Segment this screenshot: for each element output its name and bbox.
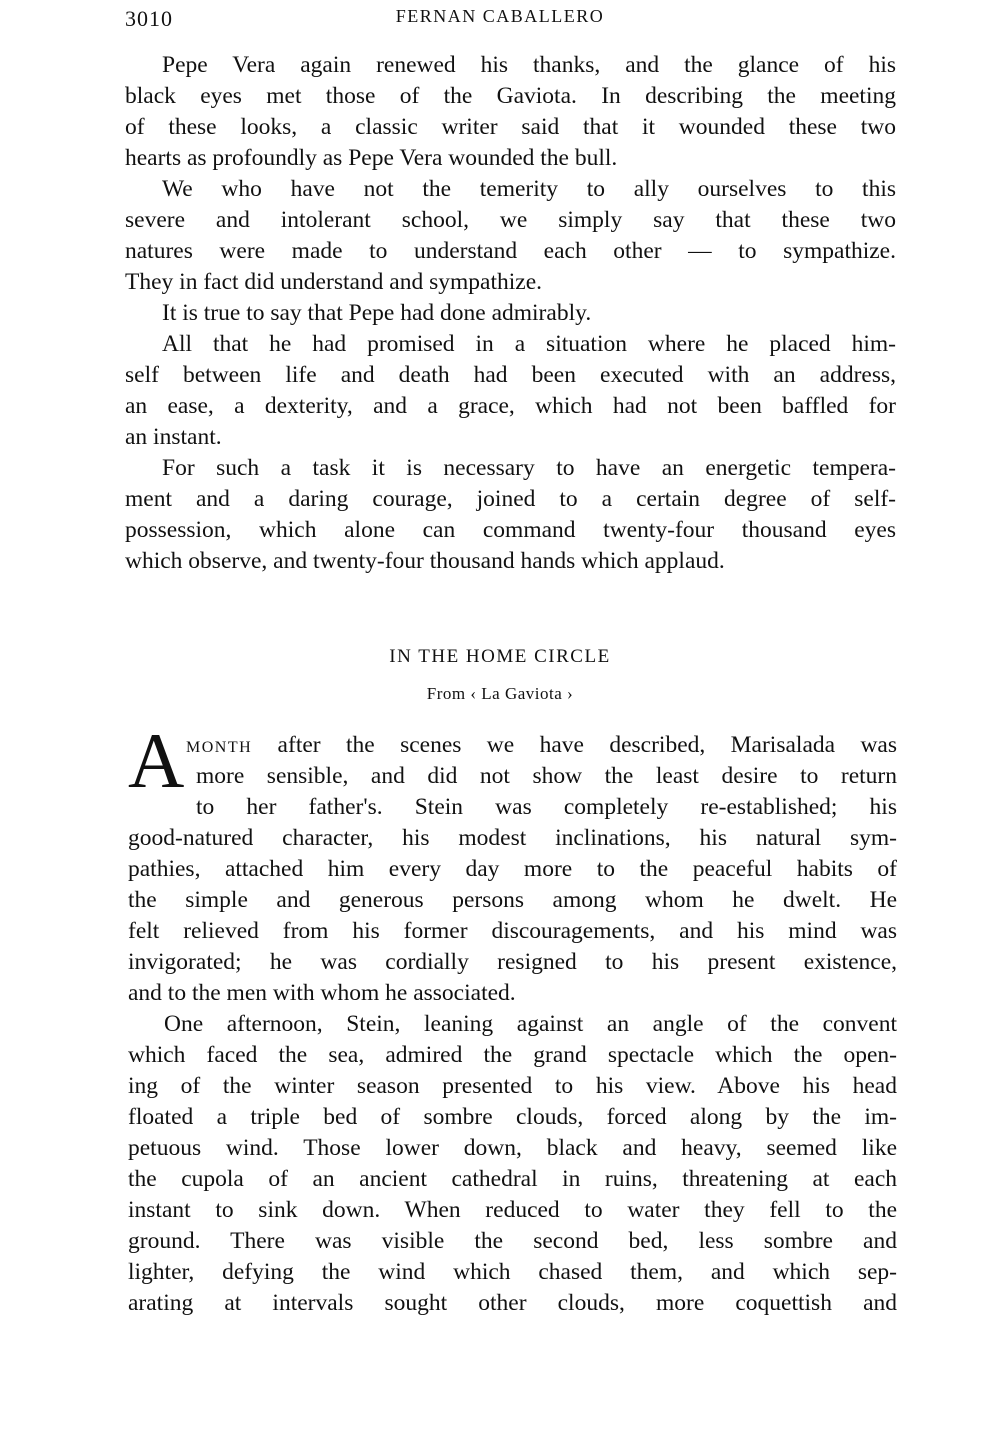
book-page: 3010 FERNAN CABALLERO Pepe Vera again re… [0, 0, 1000, 1445]
text-line: self between life and death had been exe… [125, 360, 896, 391]
text-line: an instant. [125, 422, 896, 453]
text-line: arating at intervals sought other clouds… [128, 1288, 897, 1319]
text-line: pathies, attached him every day more to … [128, 854, 897, 885]
text-line: For such a task it is necessary to have … [162, 453, 896, 484]
text-line: invigorated; he was cordially resigned t… [128, 947, 897, 978]
text-line: of these looks, a classic writer said th… [125, 112, 896, 143]
text-line: They in fact did understand and sympathi… [125, 267, 896, 298]
text-line: an ease, a dexterity, and a grace, which… [125, 391, 896, 422]
running-head: 3010 FERNAN CABALLERO [0, 4, 1000, 28]
text-line: One afternoon, Stein, leaning against an… [164, 1009, 897, 1040]
text-line: floated a triple bed of sombre clouds, f… [128, 1102, 897, 1133]
text-line: instant to sink down. When reduced to wa… [128, 1195, 897, 1226]
text-line: good-natured character, his modest incli… [128, 823, 897, 854]
text-line: more sensible, and did not show the leas… [196, 761, 897, 792]
text-line: possession, which alone can command twen… [125, 515, 896, 546]
text-line: natures were made to understand each oth… [125, 236, 896, 267]
text-line: felt relieved from his former discourage… [128, 916, 897, 947]
text-line: MONTH after the scenes we have described… [186, 730, 897, 763]
text-line: petuous wind. Those lower down, black an… [128, 1133, 897, 1164]
text-line: which faced the sea, admired the grand s… [128, 1040, 897, 1071]
text-line: the cupola of an ancient cathedral in ru… [128, 1164, 897, 1195]
text-line: black eyes met those of the Gaviota. In … [125, 81, 896, 112]
section-source: From ‹ La Gaviota › [0, 684, 1000, 704]
running-title: FERNAN CABALLERO [0, 6, 1000, 27]
text-line: and to the men with whom he associated. [128, 978, 897, 1009]
section-title: IN THE HOME CIRCLE [0, 646, 1000, 668]
text-line: which observe, and twenty-four thousand … [125, 546, 896, 577]
text-line: the simple and generous persons among wh… [128, 885, 897, 916]
lead-smallcaps: MONTH [186, 739, 252, 756]
text-line: ing of the winter season presented to hi… [128, 1071, 897, 1102]
text-line: It is true to say that Pepe had done adm… [162, 298, 896, 329]
text-line: lighter, defying the wind which chased t… [128, 1257, 897, 1288]
drop-cap: A [128, 728, 184, 794]
text-line: Pepe Vera again renewed his thanks, and … [162, 50, 896, 81]
text-line: hearts as profoundly as Pepe Vera wounde… [125, 143, 896, 174]
text-line: ground. There was visible the second bed… [128, 1226, 897, 1257]
text-line: ment and a daring courage, joined to a c… [125, 484, 896, 515]
text-line: severe and intolerant school, we simply … [125, 205, 896, 236]
text-line: We who have not the temerity to ally our… [162, 174, 896, 205]
text-line: All that he had promised in a situation … [162, 329, 896, 360]
text-line: to her father's. Stein was completely re… [196, 792, 897, 823]
